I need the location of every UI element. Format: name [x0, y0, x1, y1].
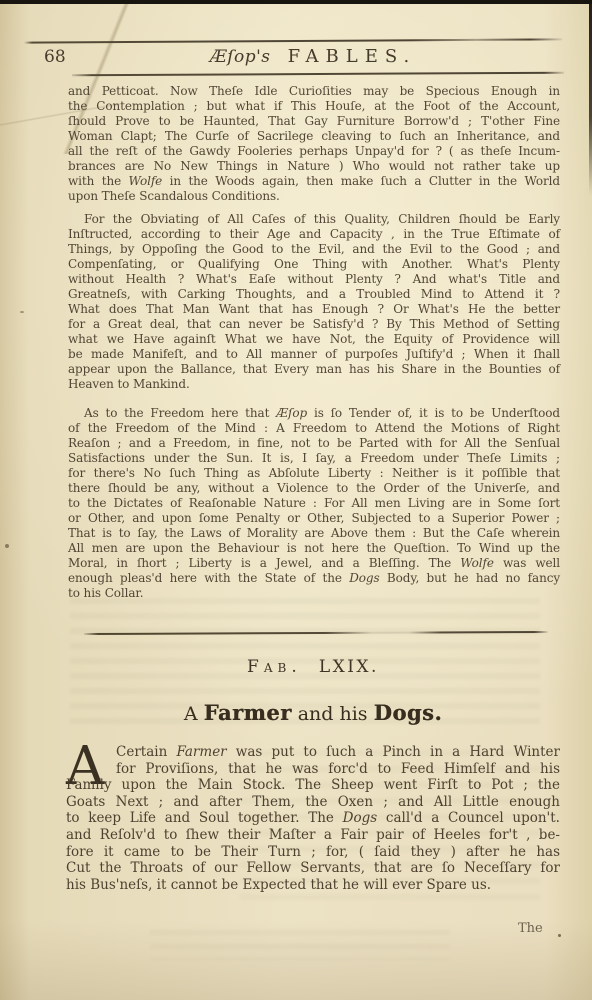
book-title-caps: FABLES. — [288, 46, 417, 67]
text-line: All men are upon the Behaviour is not he… — [68, 541, 560, 556]
text-run: As to the Freedom here that — [84, 406, 276, 420]
italic-word: Æſop — [276, 406, 307, 420]
text-run: Reaſon ; and a Freedom, in fine, not to … — [68, 436, 560, 450]
text-line: What does That Man Want that has Enough … — [68, 302, 560, 317]
text-line: to his Collar. — [68, 586, 560, 601]
text-run: What does That Man Want that has Enough … — [68, 302, 560, 316]
ink-speck — [5, 544, 9, 548]
text-line: appear upon the Ballance, that Every man… — [68, 362, 560, 377]
text-line: upon Theſe Scandalous Conditions. — [68, 189, 560, 204]
text-run: Greatneſs, with Carking Thoughts, and a … — [68, 287, 560, 301]
header-rule-bottom — [72, 72, 564, 76]
text-line: to the Dictates of Reaſonable Nature : F… — [68, 496, 560, 511]
text-run: for there's No ſuch Thing as Abſolute Li… — [68, 466, 560, 480]
text-line: fore it came to be Their Turn ; for, ( ſ… — [66, 844, 560, 861]
text-run: Heaven to Mankind. — [68, 377, 190, 391]
text-run: to keep Life and Soul together. The — [66, 810, 343, 826]
text-line: Goats Next ; and after Them, the Oxen ; … — [66, 794, 560, 811]
text-run: and Reſolv'd to ſhew their Maſter a Fair… — [66, 827, 560, 843]
text-line: his Bus'neſs, it cannot be Expected that… — [66, 877, 560, 894]
text-line: That is to ſay, the Laws of Morality are… — [68, 526, 560, 541]
text-run: in the Woods again, then make ſuch a Clu… — [162, 174, 560, 188]
text-run: enough pleas'd here with the State of th… — [68, 571, 349, 585]
text-line: to keep Life and Soul together. The Dogs… — [66, 810, 560, 827]
text-line: for a Great deal, that can never be Sati… — [68, 317, 560, 332]
text-line: for Proviſions, that he was forc'd to Fe… — [66, 761, 560, 778]
fable-numeral: LXIX. — [319, 657, 379, 677]
text-run: fore it came to be Their Turn ; for, ( ſ… — [66, 844, 560, 860]
text-line: the Contemplation ; but what if This Hou… — [68, 99, 560, 114]
text-line: what we Have againſt What we have Not, t… — [68, 332, 560, 347]
text-line: with the Wolfe in the Woods again, then … — [68, 174, 560, 189]
text-run: what we Have againſt What we have Not, t… — [68, 332, 560, 346]
text-line: Cut the Throats of our Fellow Servants, … — [66, 860, 560, 877]
blackletter-word: Farmer — [204, 700, 292, 725]
italic-word: Farmer — [176, 744, 226, 760]
drop-cap: A — [66, 744, 116, 777]
text-line: Compenſating, or Qualifying One Thing wi… — [68, 257, 560, 272]
text-run: All men are upon the Behaviour is not he… — [68, 541, 560, 555]
text-run: Woman Clapt; The Curſe of Sacrilege clea… — [68, 129, 560, 143]
text-line: be made Manifeſt, and to All manner of p… — [68, 347, 560, 362]
catchword: The — [518, 921, 543, 936]
text-run: to his Collar. — [68, 586, 143, 600]
text-line: and Reſolv'd to ſhew their Maſter a Fair… — [66, 827, 560, 844]
header-rule-top — [24, 38, 562, 43]
text-line: Greatneſs, with Carking Thoughts, and a … — [68, 287, 560, 302]
paragraph: For the Obviating of All Caſes of this Q… — [68, 212, 560, 392]
text-line: As to the Freedom here that Æſop is ſo T… — [68, 406, 560, 421]
text-run: Compenſating, or Qualifying One Thing wi… — [68, 257, 560, 271]
text-line: enough pleas'd here with the State of th… — [68, 571, 560, 586]
text-run: ſhould Prove to be Haunted, That Gay Fur… — [68, 114, 560, 128]
text-line: Heaven to Mankind. — [68, 377, 560, 392]
fable-number-heading: Fab. LXIX. — [66, 657, 560, 677]
text-run: Satisfactions under the Sun. It is, I ſa… — [68, 451, 560, 465]
text-run: That is to ſay, the Laws of Morality are… — [68, 526, 560, 540]
fable-text: A Certain Farmer was put to ſuch a Pinch… — [66, 744, 560, 893]
text-run: appear upon the Ballance, that Every man… — [68, 362, 560, 376]
page-bleedthrough-texture — [150, 930, 450, 960]
text-run: of the Freedom of the Mind : A Freedom t… — [68, 421, 560, 435]
text-line: ſhould Prove to be Haunted, That Gay Fur… — [68, 114, 560, 129]
running-header: Æſop's FABLES. — [66, 46, 560, 67]
text-run: call'd a Councel upon't. — [377, 810, 560, 826]
text-run: or Other, and upon ſome Penalty or Other… — [68, 511, 560, 525]
text-line: Inſtructed, according to their Age and C… — [68, 227, 560, 242]
text-run: was put to ſuch a Pinch in a Hard Winter — [227, 744, 560, 760]
text-run: Body, but he had no fancy — [380, 571, 560, 585]
paragraph: As to the Freedom here that Æſop is ſo T… — [68, 406, 560, 601]
book-page-scan: 68 Æſop's FABLES. and Petticoat. Now The… — [0, 0, 592, 1000]
text-line: all the reſt of the Gawdy Fooleries perh… — [68, 144, 560, 159]
book-title-author: Æſop's — [210, 47, 271, 67]
text-run: Family upon the Main Stock. The Sheep we… — [66, 777, 560, 793]
text-run: brances are No New Things in Nature ) Wh… — [68, 159, 560, 173]
text-line: Woman Clapt; The Curſe of Sacrilege clea… — [68, 129, 560, 144]
italic-word: Dogs — [343, 810, 378, 826]
text-run: A — [184, 703, 204, 725]
paragraph: and Petticoat. Now Theſe Idle Curioſitie… — [68, 84, 560, 204]
italic-word: Wolfe — [129, 174, 163, 188]
text-line: Moral, in ſhort ; Liberty is a Jewel, an… — [68, 556, 560, 571]
text-line: there ſhould be any, without a Violence … — [68, 481, 560, 496]
text-run: Cut the Throats of our Fellow Servants, … — [66, 860, 560, 876]
text-run: was well — [494, 556, 560, 570]
text-run: and Petticoat. Now Theſe Idle Curioſitie… — [68, 84, 560, 98]
scan-top-edge — [0, 0, 592, 4]
text-run: For the Obviating of All Caſes of this Q… — [84, 212, 560, 226]
text-run: Things, by Oppoſing the Good to the Evil… — [68, 242, 560, 256]
text-line: Things, by Oppoſing the Good to the Evil… — [68, 242, 560, 257]
text-run: with the — [68, 174, 129, 188]
text-run: all the reſt of the Gawdy Fooleries perh… — [68, 144, 560, 158]
text-run: Inſtructed, according to their Age and C… — [68, 227, 560, 241]
text-line: Satisfactions under the Sun. It is, I ſa… — [68, 451, 560, 466]
text-run: the Contemplation ; but what if This Hou… — [68, 99, 560, 113]
text-line: For the Obviating of All Caſes of this Q… — [68, 212, 560, 227]
section-divider-rule — [84, 631, 548, 635]
text-run: Goats Next ; and after Them, the Oxen ; … — [66, 794, 560, 810]
fable-label: Fab. — [247, 657, 302, 677]
text-line: Family upon the Main Stock. The Sheep we… — [66, 777, 560, 794]
text-run: Moral, in ſhort ; Liberty is a Jewel, an… — [68, 556, 460, 570]
text-run: is ſo Tender of, it is to be Underſtood — [307, 406, 560, 420]
italic-word: Dogs — [349, 571, 379, 585]
text-run: upon Theſe Scandalous Conditions. — [68, 189, 280, 203]
text-run: to the Dictates of Reaſonable Nature : F… — [68, 496, 560, 510]
text-run: without Health ? What's Eaſe without Ple… — [68, 272, 560, 286]
text-run: be made Manifeſt, and to All manner of p… — [68, 347, 560, 361]
text-line: or Other, and upon ſome Penalty or Other… — [68, 511, 560, 526]
text-line: Reaſon ; and a Freedom, in fine, not to … — [68, 436, 560, 451]
text-run: for a Great deal, that can never be Sati… — [68, 317, 560, 331]
body-text: and Petticoat. Now Theſe Idle Curioſitie… — [68, 84, 560, 601]
fable-title: A Farmer and his Dogs. — [66, 700, 560, 725]
text-line: brances are No New Things in Nature ) Wh… — [68, 159, 560, 174]
text-line: without Health ? What's Eaſe without Ple… — [68, 272, 560, 287]
text-run: there ſhould be any, without a Violence … — [68, 481, 560, 495]
text-line: of the Freedom of the Mind : A Freedom t… — [68, 421, 560, 436]
blackletter-word: Dogs. — [374, 700, 443, 725]
ink-speck — [558, 934, 561, 937]
italic-word: Wolfe — [460, 556, 494, 570]
text-line: and Petticoat. Now Theſe Idle Curioſitie… — [68, 84, 560, 99]
ink-speck — [20, 311, 24, 313]
text-run: and his — [292, 703, 374, 725]
text-line: Certain Farmer was put to ſuch a Pinch i… — [66, 744, 560, 761]
text-run: for Proviſions, that he was forc'd to Fe… — [116, 761, 560, 777]
text-run: Certain — [116, 744, 176, 760]
text-run: his Bus'neſs, it cannot be Expected that… — [66, 877, 491, 893]
text-line: for there's No ſuch Thing as Abſolute Li… — [68, 466, 560, 481]
page-number: 68 — [44, 47, 66, 67]
